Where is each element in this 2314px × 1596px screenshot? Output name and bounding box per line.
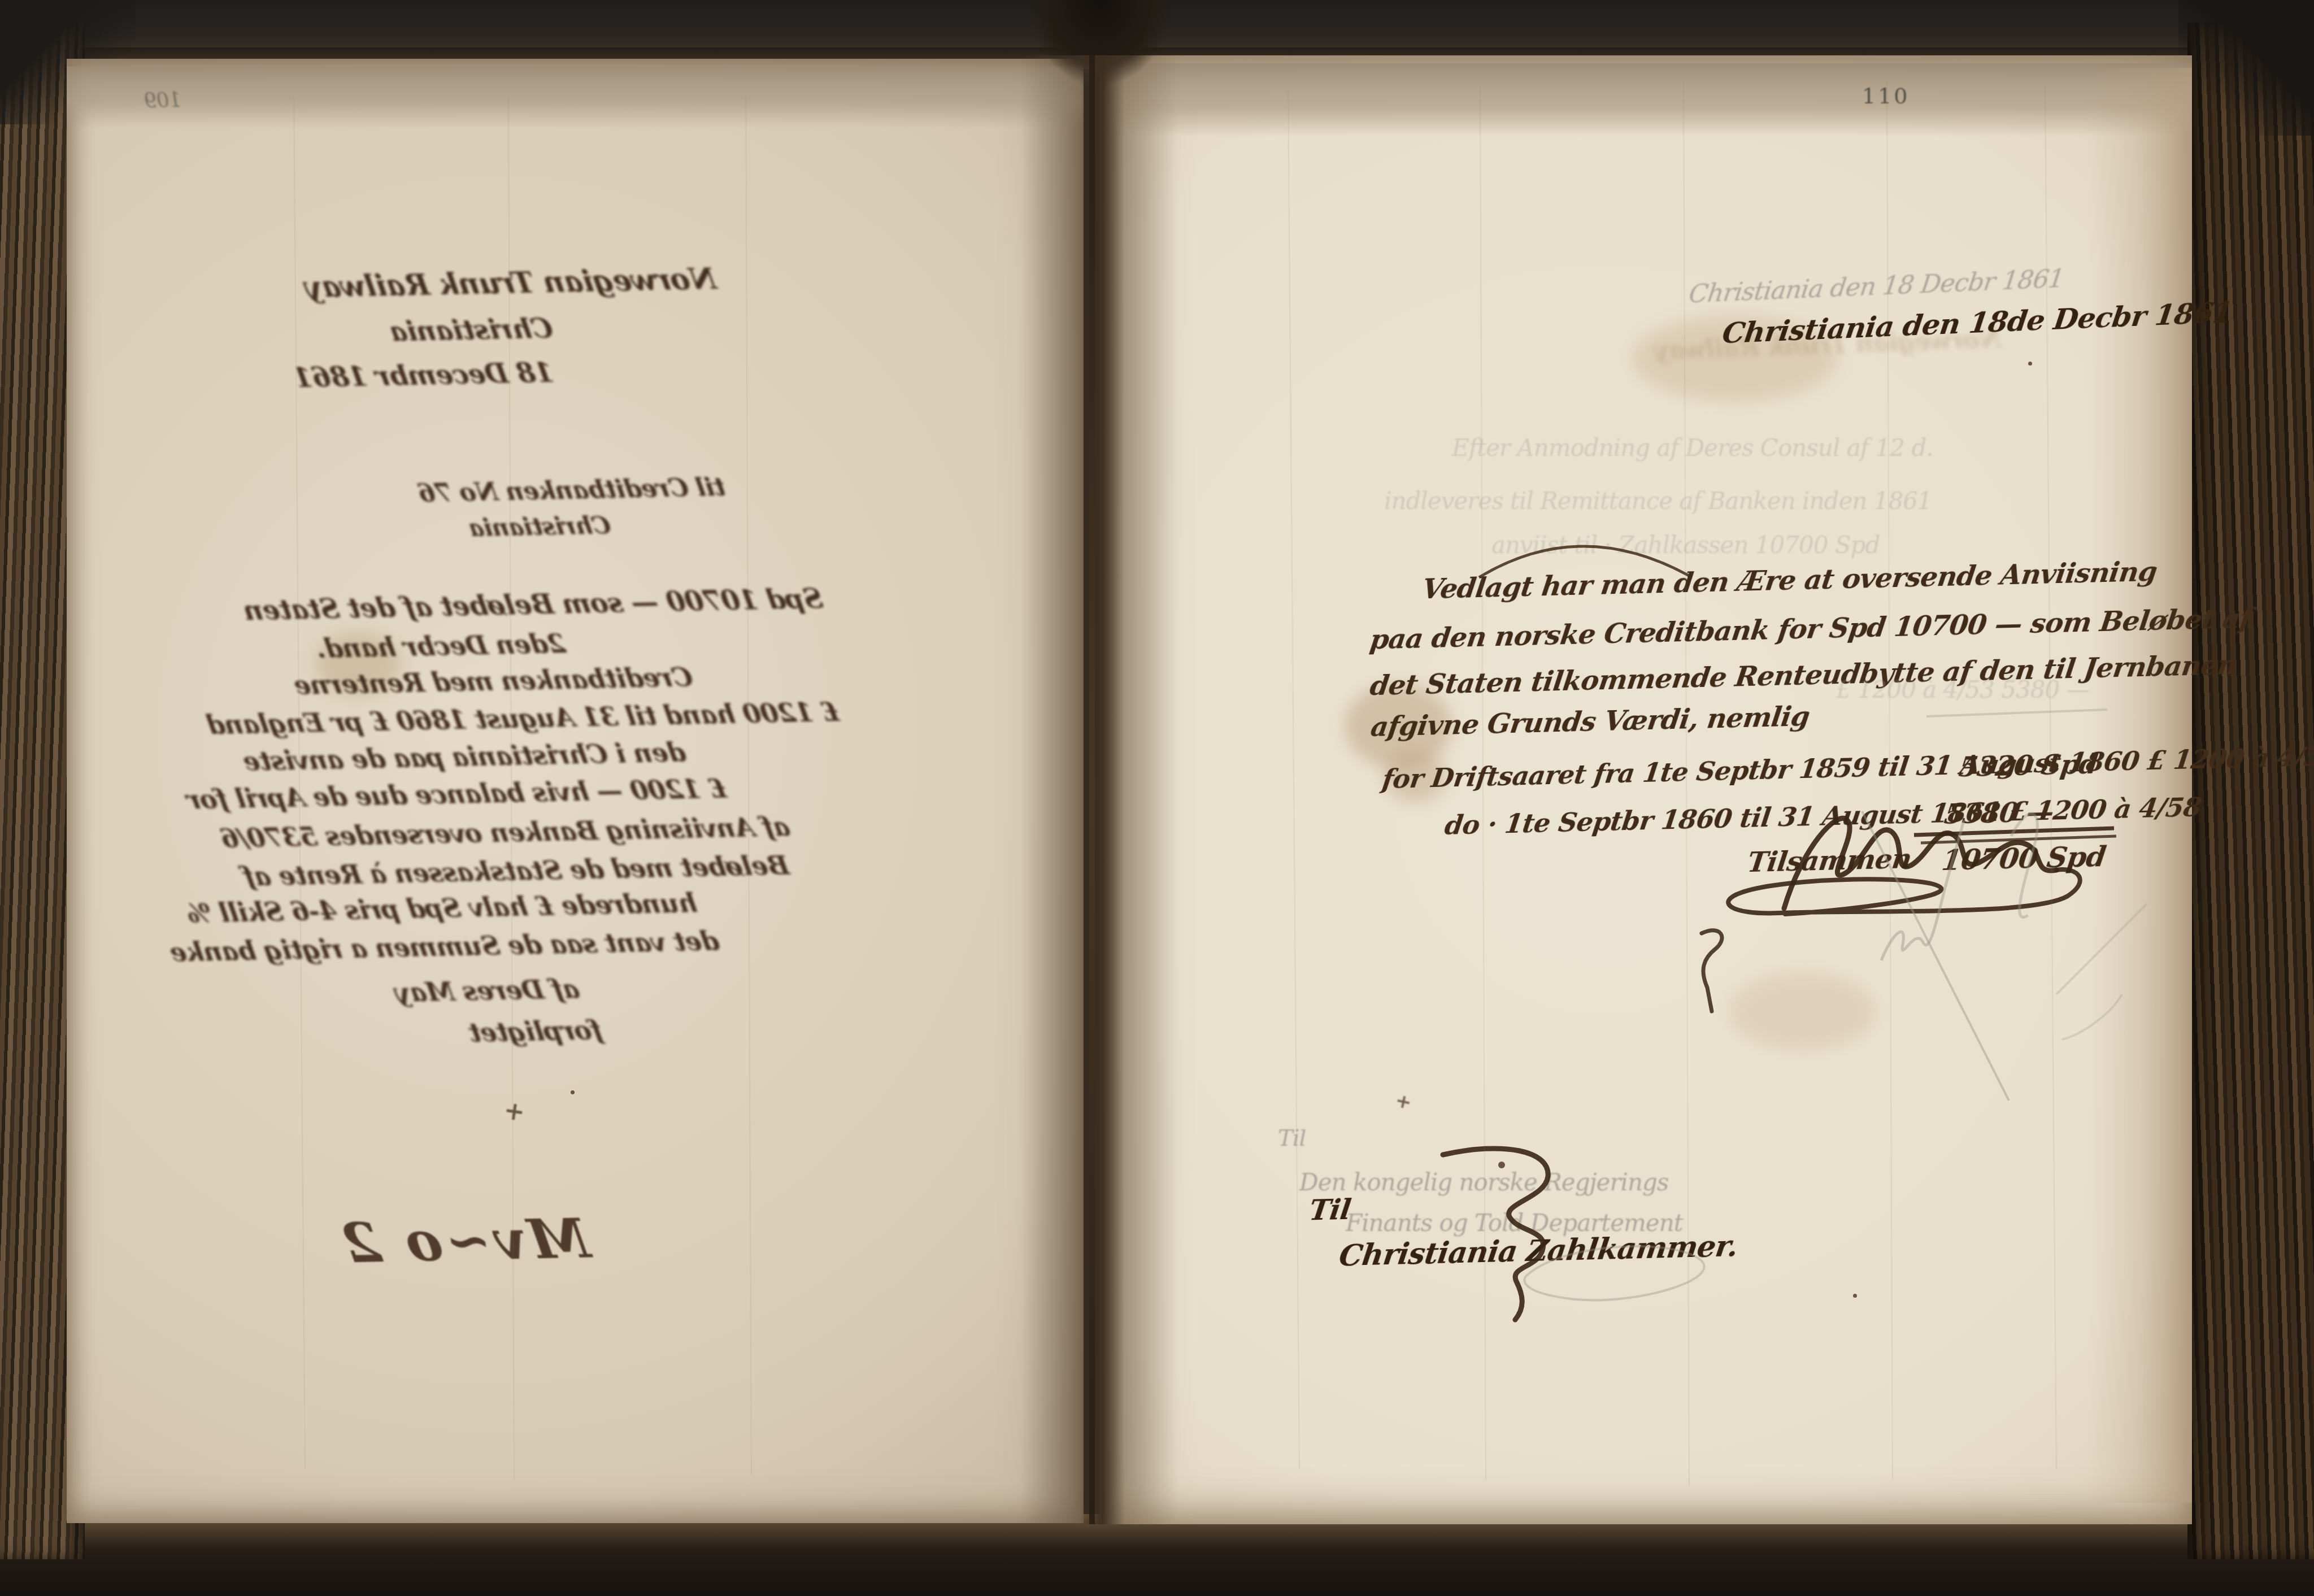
- archival-mark-mirrored: Mv~o 2: [334, 1206, 594, 1275]
- water-stain-top-left-page: [67, 67, 1084, 129]
- book-cover-bottom-edge: [0, 1514, 2314, 1596]
- foxing-stain: [1729, 972, 1876, 1051]
- bleedthrough-body-line: af Deres May: [393, 973, 581, 1008]
- page-stack-right-edge: [2187, 23, 2314, 1559]
- book-gutter-shadow: [1020, 55, 1178, 1524]
- address-pencil-line: Den kongelig norske Regjerings: [1299, 1168, 1668, 1196]
- table-row-amount: 5380 —: [1942, 797, 2055, 831]
- erased-pencil-line: indleveres til Remittance af Banken inde…: [1384, 487, 1932, 515]
- stain-right-margin: [2068, 68, 2192, 1503]
- book-gutter-crease: [1089, 55, 1095, 1524]
- ink-fleck: [1498, 1162, 1505, 1168]
- bleedthrough-body-line: forpligtet: [467, 1015, 604, 1048]
- photo-of-open-ledger: 109 Norwegian Trunk Railway Christiania …: [0, 0, 2314, 1596]
- address-ink-to: Til: [1307, 1193, 1352, 1227]
- table-total-label: Tilsammen: [1746, 843, 1913, 879]
- bleedthrough-heading-line: Christiania: [388, 312, 555, 347]
- ink-fleck: [2028, 362, 2032, 366]
- address-pencil-line: Til: [1278, 1125, 1306, 1151]
- ink-fleck: [1853, 1294, 1857, 1298]
- cross-mark-left-page: +: [502, 1096, 527, 1127]
- table-total-amount: 10700 Spd: [1940, 840, 2108, 877]
- erased-pencil-line: anviist til · Zahlkassen 10700 Spd: [1491, 531, 1880, 559]
- cover-corner-top-right: [2178, 0, 2314, 136]
- bleedthrough-subheading-line: Christiania: [467, 511, 612, 542]
- water-stain-top-right-page: [1101, 63, 2192, 137]
- ink-fleck: [571, 1090, 575, 1094]
- bleedthrough-heading-line: 18 Decembr 1861: [292, 356, 556, 394]
- bleedthrough-body-line: 2den Decbr hand.: [314, 628, 568, 663]
- table-row-amount: 5320 Spd: [1957, 749, 2099, 784]
- right-page-number: 110: [1862, 84, 1910, 108]
- left-page-number-mirrored: 109: [143, 89, 184, 112]
- pencil-amount-note: £ 1200 à 4/53 5380 —: [1836, 676, 2090, 703]
- erased-pencil-line: Efter Anmodning af Deres Consul af 12 d.: [1452, 434, 1933, 462]
